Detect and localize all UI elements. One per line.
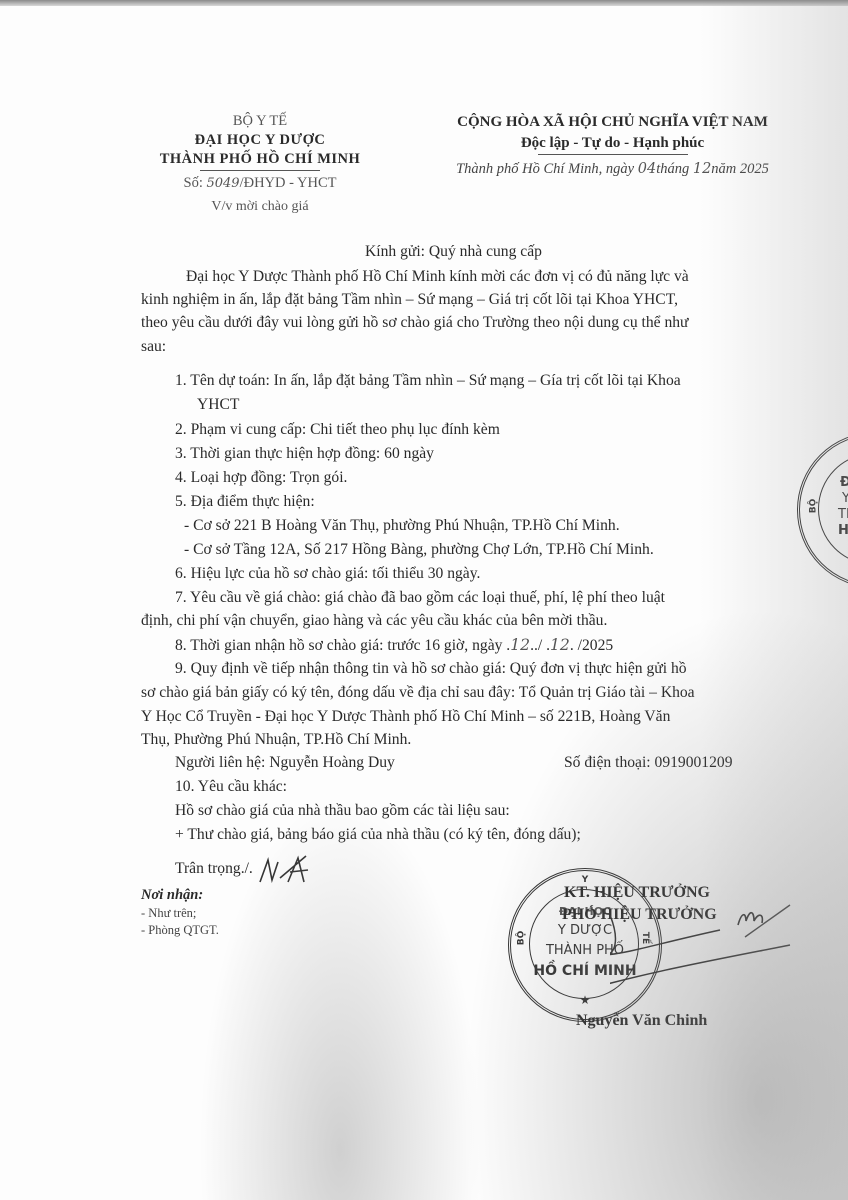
recipients-title: Nơi nhận: [141, 887, 203, 904]
recipient-2: - Phòng QTGT. [141, 923, 219, 938]
item-9-cont-1: sơ chào giá bản giấy có ký tên, đóng dấu… [141, 682, 695, 705]
side-stamp-left-text: BỘ [808, 499, 818, 514]
document-number: Số: 5049/ĐHYD - YHCT [130, 174, 390, 193]
intro-line-2: kinh nghiệm in ấn, lắp đặt bảng Tầm nhìn… [141, 289, 678, 312]
header-left: BỘ Y TẾ ĐẠI HỌC Y DƯỢC THÀNH PHỐ HỒ CHÍ … [130, 112, 390, 216]
item-9-cont-2: Y Học Cổ Truyền - Đại học Y Dược Thành p… [141, 706, 670, 729]
item-5-location-b: - Cơ sở Tầng 12A, Số 217 Hồng Bàng, phườ… [184, 539, 654, 562]
header-right: CỘNG HÒA XÃ HỘI CHỦ NGHĨA VIỆT NAM Độc l… [425, 112, 800, 180]
side-stamp-partial: Đ Y TH HỒ BỘ [797, 432, 848, 588]
header-left-rule [200, 170, 320, 171]
item-9-cont-3: Thụ, Phường Phú Nhuận, TP.Hồ Chí Minh. [141, 729, 411, 752]
document-number-handwritten: 5049 [206, 176, 239, 191]
salutation: Kính gửi: Quý nhà cung cấp [365, 241, 542, 264]
item-8: 8. Thời gian nhận hồ sơ chào giá: trước … [175, 634, 613, 658]
deadline-month-handwritten: 12 [550, 636, 570, 654]
item-10-b: + Thư chào giá, bảng báo giá của nhà thầ… [175, 824, 581, 847]
country-name: CỘNG HÒA XÃ HỘI CHỦ NGHĨA VIỆT NAM [425, 112, 800, 133]
scan-top-edge [0, 0, 848, 6]
item-9: 9. Quy định về tiếp nhận thông tin và hồ… [175, 658, 687, 681]
item-10: 10. Yêu cầu khác: [175, 776, 287, 799]
ministry-name: BỘ Y TẾ [130, 112, 390, 131]
national-motto: Độc lập - Tự do - Hạnh phúc [425, 133, 800, 154]
date-month-handwritten: 12 [693, 161, 711, 177]
item-2: 2. Phạm vi cung cấp: Chi tiết theo phụ l… [175, 419, 500, 442]
side-stamp-line-1: Đ [840, 475, 848, 490]
item-5-location-a: - Cơ sở 221 B Hoàng Văn Thụ, phường Phú … [184, 515, 620, 538]
item-7-cont: định, chi phí vận chuyển, giao hàng và c… [141, 610, 607, 633]
university-name-line2: THÀNH PHỐ HỒ CHÍ MINH [130, 150, 390, 169]
contact-person: Người liên hệ: Nguyễn Hoàng Duy [175, 752, 395, 775]
item-5: 5. Địa điểm thực hiện: [175, 491, 315, 514]
side-stamp-line-3: TH [838, 507, 848, 522]
intro-line-1: Đại học Y Dược Thành phố Hồ Chí Minh kín… [186, 266, 689, 289]
side-stamp-line-4: HỒ [838, 523, 848, 538]
item-3: 3. Thời gian thực hiện hợp đồng: 60 ngày [175, 443, 434, 466]
item-6: 6. Hiệu lực của hồ sơ chào giá: tối thiể… [175, 563, 480, 586]
university-name-line1: ĐẠI HỌC Y DƯỢC [130, 131, 390, 150]
intro-line-3: theo yêu cầu dưới đây vui lòng gửi hồ sơ… [141, 312, 689, 335]
item-1-cont: YHCT [197, 394, 239, 417]
intro-line-4: sau: [141, 336, 166, 359]
item-10-a: Hồ sơ chào giá của nhà thầu bao gồm các … [175, 800, 510, 823]
document-subject: V/v mời chào giá [130, 197, 390, 216]
deadline-day-handwritten: 12 [510, 636, 530, 654]
item-4: 4. Loại hợp đồng: Trọn gói. [175, 467, 347, 490]
contact-phone: Số điện thoại: 0919001209 [564, 752, 733, 775]
handwritten-signature-icon [610, 895, 800, 1005]
closing: Trân trọng./. [175, 858, 253, 881]
document-date: Thành phố Hồ Chí Minh, ngày 04tháng 12nă… [425, 159, 800, 180]
signatory-name: Nguyễn Văn Chinh [576, 1012, 707, 1030]
side-stamp-line-2: Y [842, 491, 848, 506]
item-1: 1. Tên dự toán: In ấn, lắp đặt bảng Tầm … [175, 370, 681, 393]
initials-signature-icon [258, 852, 318, 888]
stamp-left-text: BỘ [516, 931, 526, 946]
recipient-1: - Như trên; [141, 906, 196, 921]
date-day-handwritten: 04 [638, 161, 656, 177]
header-right-rule [538, 154, 688, 155]
item-7: 7. Yêu cầu về giá chào: giá chào đã bao … [175, 587, 665, 610]
